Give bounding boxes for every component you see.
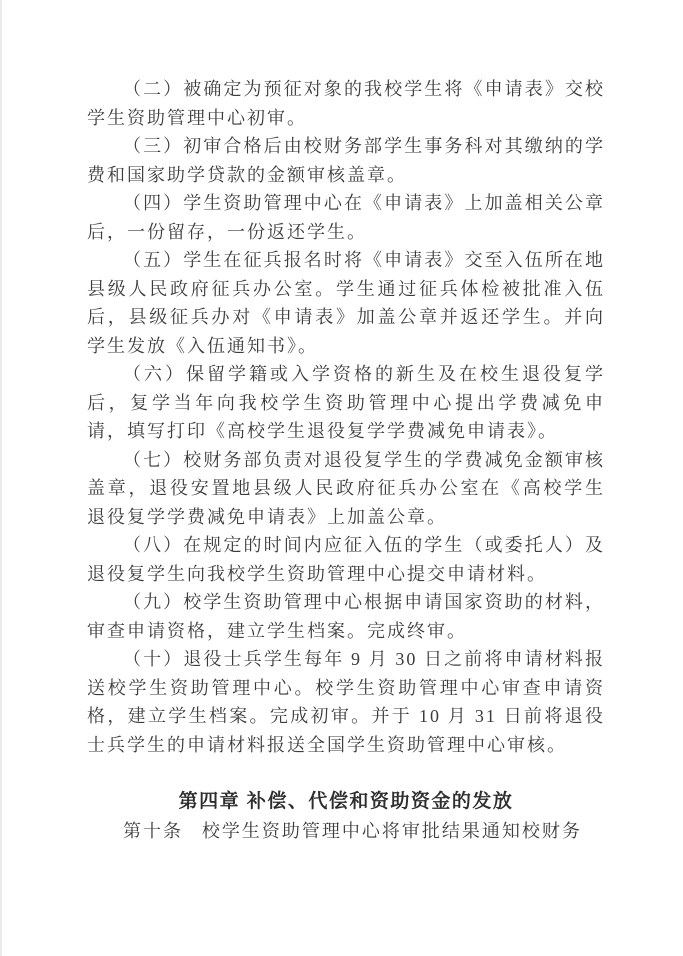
paragraph-item-8: （八）在规定的时间内应征入伍的学生（或委托人）及退役复学生向我校学生资助管理中心… bbox=[87, 531, 605, 588]
document-page: （二）被确定为预征对象的我校学生将《申请表》交校学生资助管理中心初审。 （三）初… bbox=[0, 0, 683, 956]
paragraph-item-7: （七）校财务部负责对退役复学生的学费减免金额审核盖章，退役安置地县级人民政府征兵… bbox=[87, 446, 605, 532]
paragraph-item-6: （六）保留学籍或入学资格的新生及在校生退役复学后，复学当年向我校学生资助管理中心… bbox=[87, 360, 605, 446]
paragraph-item-3: （三）初审合格后由校财务部学生事务科对其缴纳的学费和国家助学贷款的金额审核盖章。 bbox=[87, 132, 605, 189]
chapter-heading: 第四章 补偿、代偿和资助资金的发放 bbox=[87, 787, 605, 817]
paragraph-item-9: （九）校学生资助管理中心根据申请国家资助的材料，审查申请资格，建立学生档案。完成… bbox=[87, 588, 605, 645]
document-body: （二）被确定为预征对象的我校学生将《申请表》交校学生资助管理中心初审。 （三）初… bbox=[2, 0, 683, 846]
article-text: 校学生资助管理中心将审批结果通知校财务 bbox=[202, 821, 582, 841]
paragraph-item-2: （二）被确定为预征对象的我校学生将《申请表》交校学生资助管理中心初审。 bbox=[87, 75, 605, 132]
article-number: 第十条 bbox=[123, 821, 183, 841]
paragraph-item-10: （十）退役士兵学生每年 9 月 30 日之前将申请材料报送校学生资助管理中心。校… bbox=[87, 645, 605, 759]
article-line: 第十条校学生资助管理中心将审批结果通知校财务 bbox=[87, 817, 605, 846]
paragraph-item-5: （五）学生在征兵报名时将《申请表》交至入伍所在地县级人民政府征兵办公室。学生通过… bbox=[87, 246, 605, 360]
paragraph-item-4: （四）学生资助管理中心在《申请表》上加盖相关公章后，一份留存，一份返还学生。 bbox=[87, 189, 605, 246]
